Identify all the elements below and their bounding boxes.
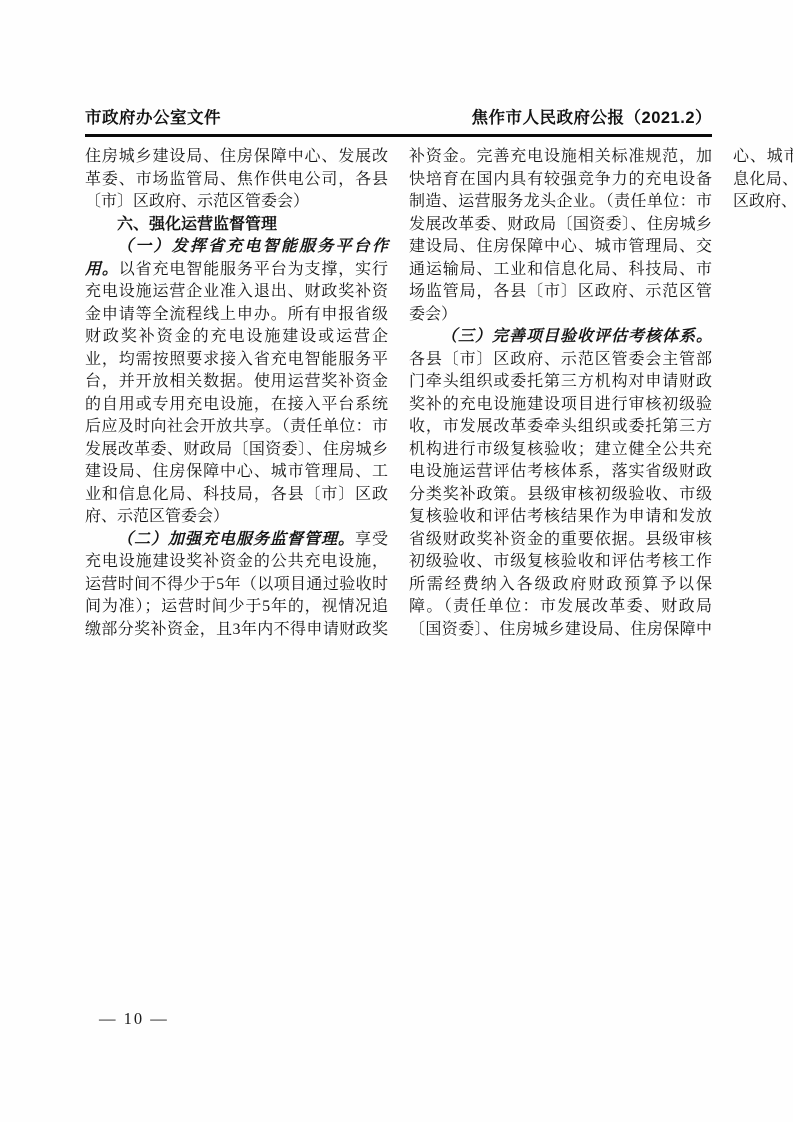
section-heading: 六、强化运营监督管理 <box>85 214 388 237</box>
paragraph-1-body: 以省充电智能服务平台为支撑，实行充电设施运营企业准入退出、财政奖补资金申请等全流… <box>85 261 388 526</box>
header-gazette-title: 焦作市人民政府公报（2021.2） <box>472 104 712 128</box>
article-body: 住房城乡建设局、住房保障中心、发展改革委、市场监管局、焦作供电公司，各县〔市〕区… <box>85 146 712 650</box>
header-document-category: 市政府办公室文件 <box>85 104 221 128</box>
paragraph-2-lead: （二）加强充电服务监督管理。 <box>117 531 355 548</box>
paragraph-3-lead: （三）完善项目验收评估考核体系。 <box>441 328 712 345</box>
continuation-paragraph: 住房城乡建设局、住房保障中心、发展改革委、市场监管局、焦作供电公司，各县〔市〕区… <box>85 146 388 214</box>
gazette-page: 市政府办公室文件 焦作市人民政府公报（2021.2） 住房城乡建设局、住房保障中… <box>0 0 793 1122</box>
page-number: — 10 — <box>99 1009 169 1029</box>
paragraph-item-1: （一）发挥省充电智能服务平台作用。以省充电智能服务平台为支撑，实行充电设施运营企… <box>85 236 388 529</box>
running-header: 市政府办公室文件 焦作市人民政府公报（2021.2） <box>85 104 712 137</box>
